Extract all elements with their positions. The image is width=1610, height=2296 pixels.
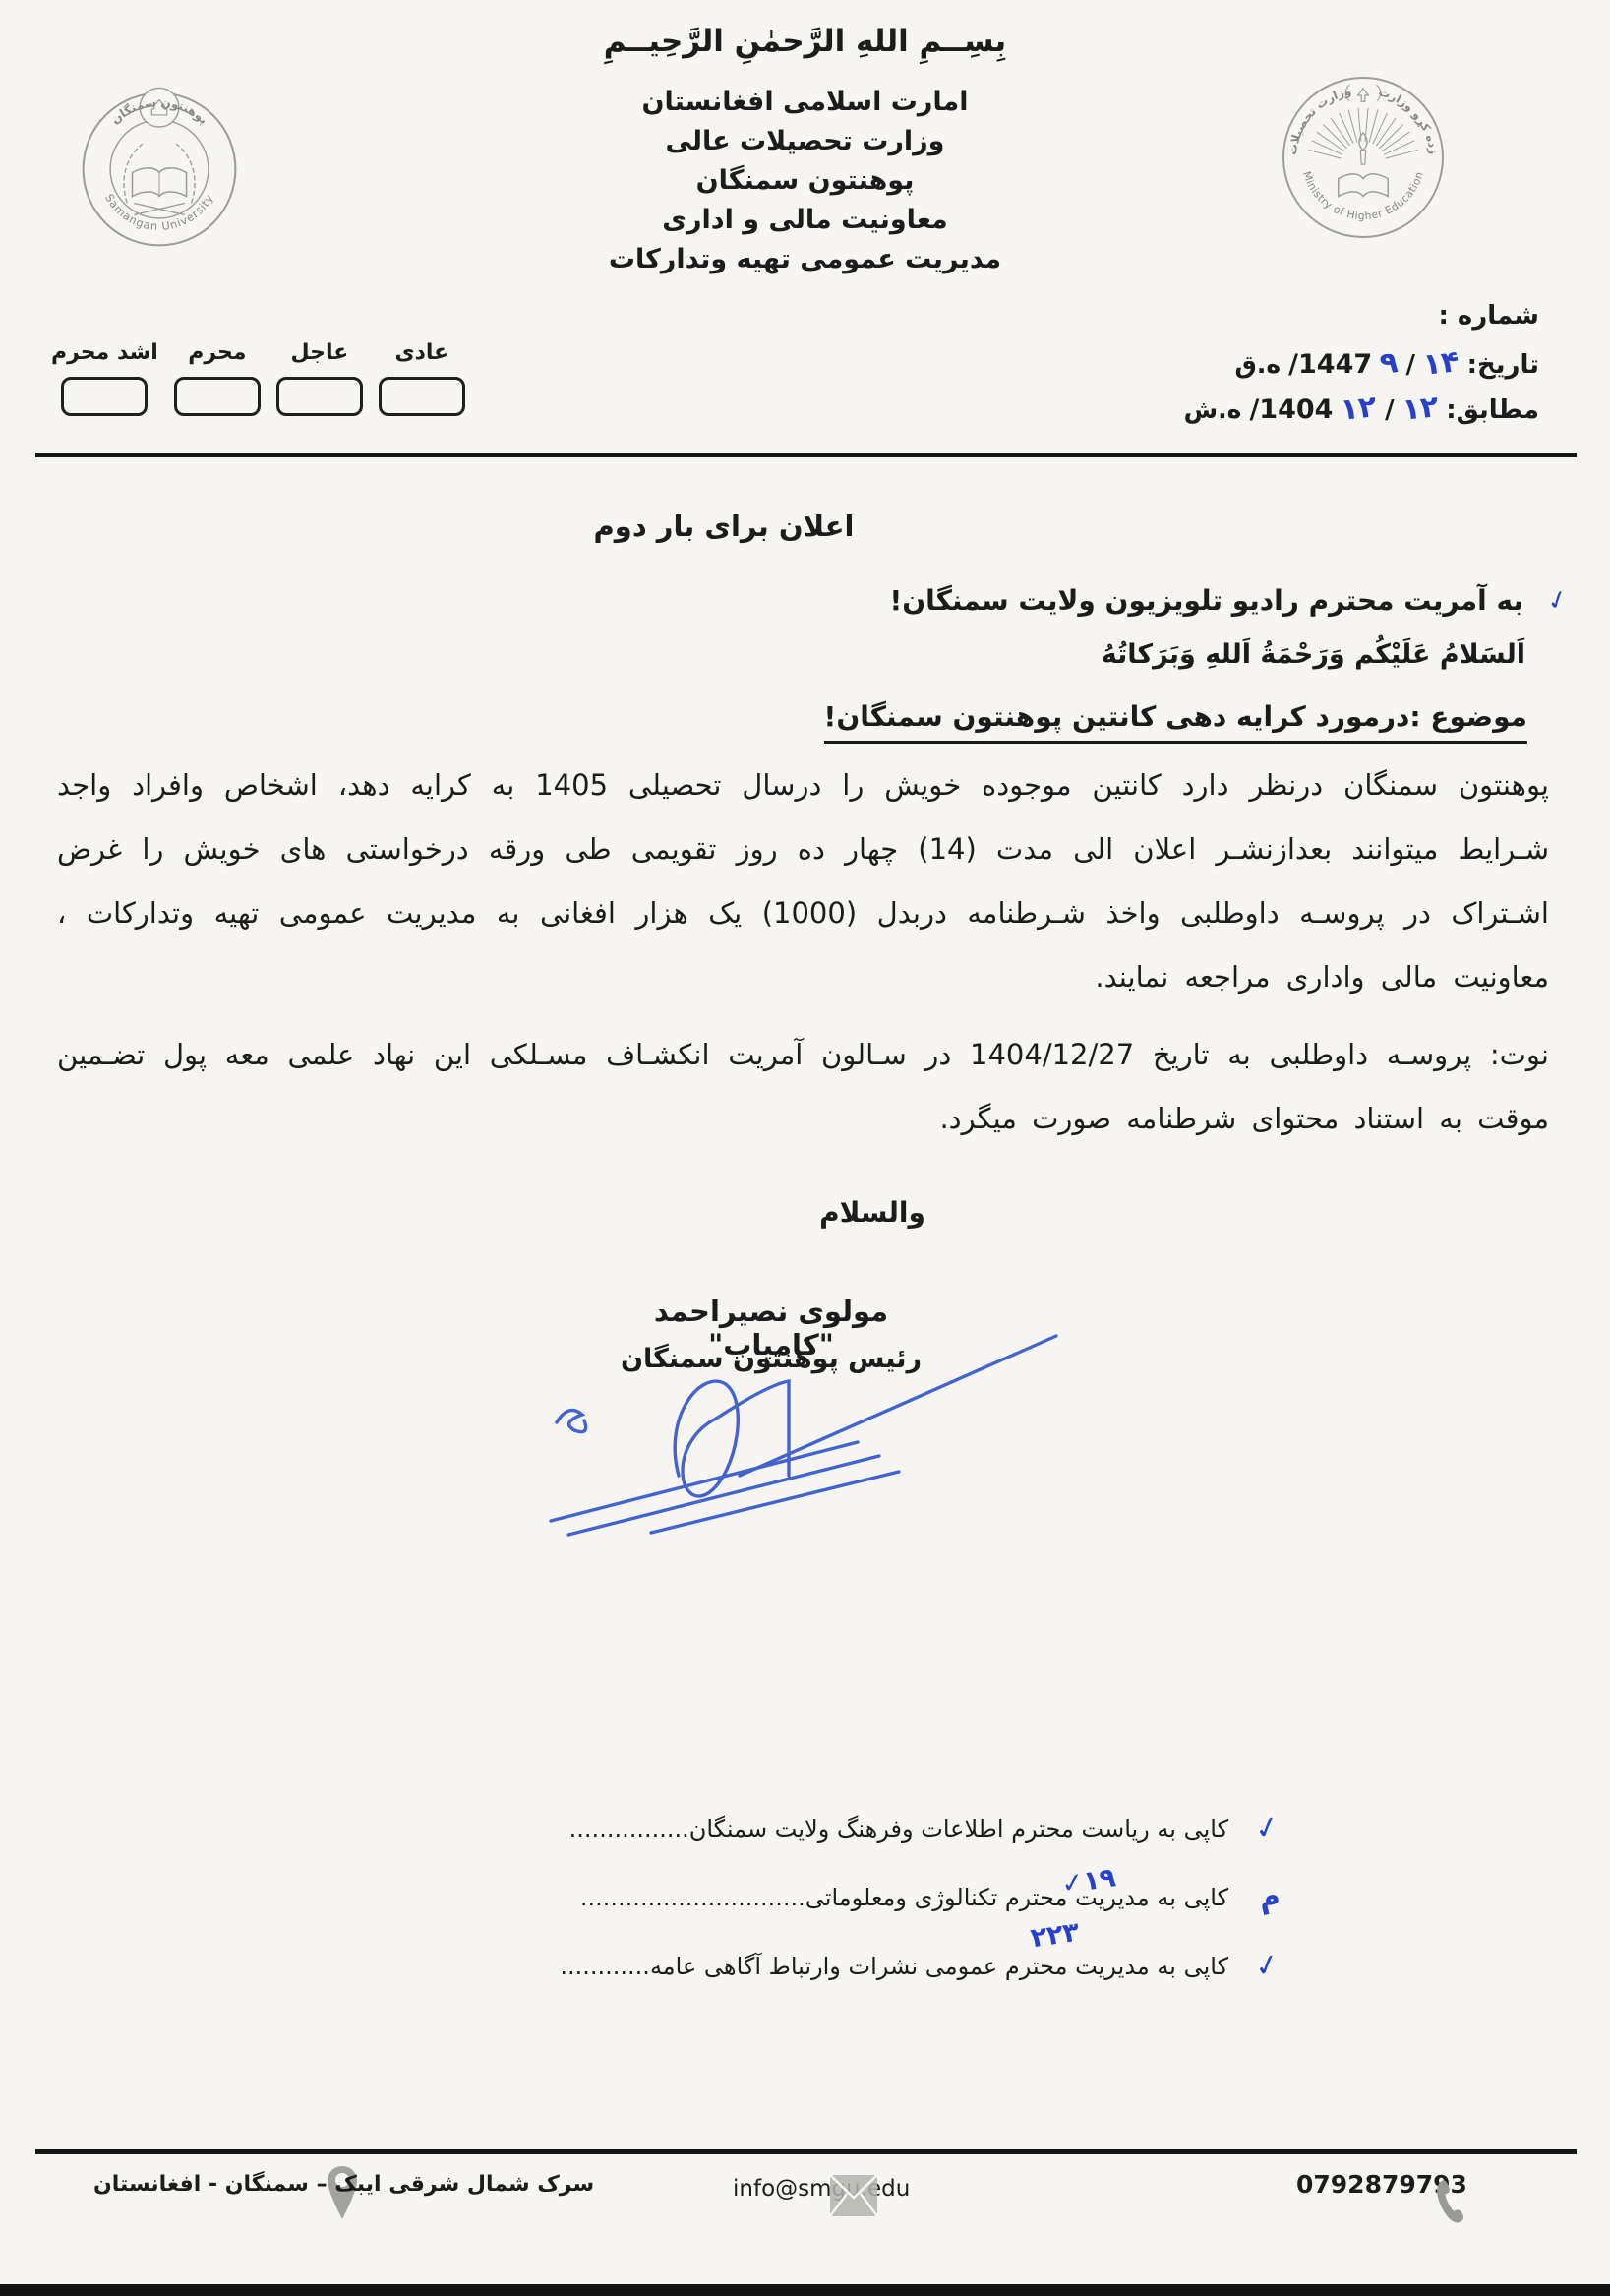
corr-year: /1404 [1249,394,1333,425]
copy-item-text: کاپی به مدیریت محترم عمومی نشرات وارتباط… [560,1953,1228,1980]
classification-urgent-label: عاجل [290,340,348,365]
handwritten-tick-mark: ✓ [1251,1946,1283,1985]
handwritten-tick-mark: م [1254,1878,1283,1916]
subject-text: درمورد کرایه دهی کانتین پوهنتون سمنگان! [824,700,1410,733]
number-row: شماره : [1184,301,1539,346]
classification-top-secret-checkbox [61,377,148,416]
corr-day-handwritten: ۱۲ [1401,390,1440,428]
classification-top-secret-label: اشد محرم [51,340,158,365]
corr-month-handwritten: ۱۲ [1340,390,1379,428]
addressee-line: به آمریت محترم رادیو تلویزیون ولایت سمنگ… [889,584,1523,617]
note-paragraph: نوت: پروسـه داوطلبی به تاریخ 1404/12/27 … [57,1023,1549,1151]
solar-date-row: مطابق: ۱۲ / ۱۲ /1404 ه.ش [1184,392,1539,437]
hijri-date-row: تاریخ: ۱۴ / ۹ /1447 ه.ق [1184,346,1539,392]
envelope-icon [829,2174,878,2217]
copy-item-text: کاپی به مدیریت محترم تکنالوژی ومعلوماتی.… [580,1884,1228,1911]
classification-confidential-label: محرم [188,340,246,365]
closing-word: والسلام [799,1196,946,1229]
date-day-handwritten: ۱۴ [1421,344,1461,383]
seal-dari-text: وزارت تحصیلات عالی [1275,69,1353,159]
reference-block: شماره : تاریخ: ۱۴ / ۹ /1447 ه.ق مطابق: ۱… [1184,301,1539,437]
bismillah-calligraphy: بِسِــمِ اللهِ الرَّحمٰنِ الرَّحِيــمِ [0,24,1610,59]
classification-normal-checkbox [379,377,465,416]
classification-options: عادی عاجل محرم اشد محرم [51,340,465,416]
handwritten-tick-mark: ✓ [1543,583,1573,618]
classification-urgent: عاجل [276,340,363,416]
copy-item-it-directorate: م کاپی به مدیریت محترم تکنالوژی ومعلومات… [560,1884,1228,1916]
date-label: تاریخ: [1467,350,1539,380]
address-text: سرک شمال شرقی ایبک – سمنگان - افغانستان [93,2172,594,2197]
handwritten-tick-mark: ✓ [1251,1808,1283,1847]
date-era: ه.ق [1235,350,1282,379]
header-divider [35,453,1577,457]
corr-era: ه.ش [1184,395,1242,424]
samangan-university-seal-icon: پوهنتون سمنگان Samangan University [75,85,244,254]
scan-edge-strip [0,2284,1610,2296]
date-separator: / [1405,350,1415,380]
date-month-handwritten: ۹ [1378,345,1400,382]
classification-urgent-checkbox [276,377,363,416]
body-paragraph: پوهنتون سمنگان درنظر دارد کانتین موجوده … [57,754,1549,1009]
date-year: /1447 [1288,349,1372,380]
email-address: info@smgu.edu [733,2176,910,2202]
classification-normal-label: عادی [394,340,448,365]
subject-line: موضوع :درمورد کرایه دهی کانتین پوهنتون س… [824,700,1527,744]
scanned-letter-page: بِسِــمِ اللهِ الرَّحمٰنِ الرَّحِيــمِ ا… [0,0,1610,2296]
signature-scribble [531,1326,1062,1542]
phone-icon [1428,2180,1471,2225]
copy-distribution-list: ✓ کاپی به ریاست محترم اطلاعات وفرهنگ ولا… [560,1815,1228,2022]
ministry-higher-education-seal-icon: وزارت تحصیلات عالی لوړو زده کړو وزارت Mi… [1275,69,1452,246]
classification-normal: عادی [379,340,465,416]
classification-confidential: محرم [174,340,261,416]
number-label: شماره : [1438,301,1539,331]
copy-item-information-culture: ✓ کاپی به ریاست محترم اطلاعات وفرهنگ ولا… [560,1815,1228,1847]
classification-top-secret: اشد محرم [51,340,158,416]
corr-separator: / [1385,395,1395,425]
salutation-line: اَلسَلامُ عَلَيْكُم وَرَحْمَةُ اَللهِ وَ… [1102,639,1525,670]
classification-confidential-checkbox [174,377,261,416]
subject-label: موضوع : [1409,700,1527,733]
svg-text:وزارت تحصیلات عالی: وزارت تحصیلات عالی [1275,69,1353,159]
copy-item-text: کاپی به ریاست محترم اطلاعات وفرهنگ ولایت… [569,1815,1228,1843]
footer-divider [35,2149,1577,2154]
letter-title: اعلان برای بار دوم [547,510,901,543]
corresponding-label: مطابق: [1446,395,1539,425]
copy-item-publications: ✓ کاپی به مدیریت محترم عمومی نشرات وارتب… [560,1953,1228,1985]
